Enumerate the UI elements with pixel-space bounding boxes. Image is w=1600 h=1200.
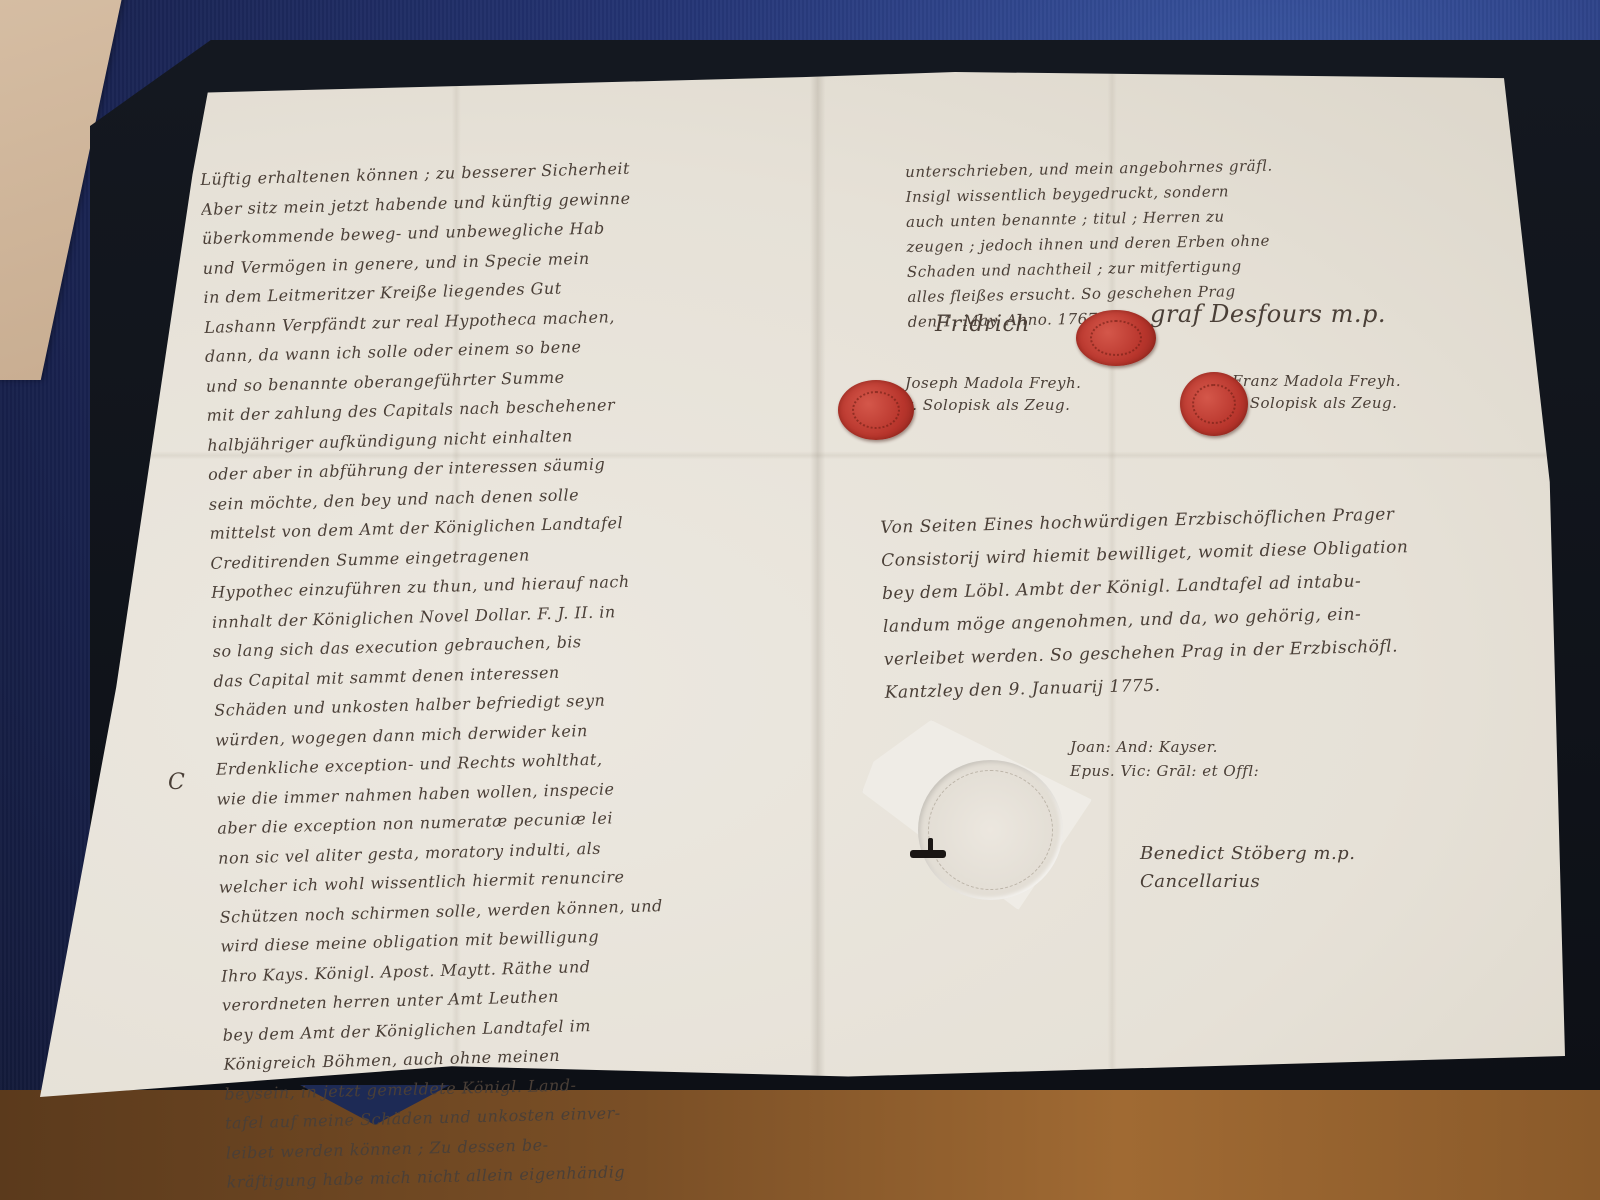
official-title: Cancellarius <box>1140 868 1355 896</box>
signature-last-name: graf Desfours <box>1150 300 1323 328</box>
red-wax-seal-icon <box>1076 310 1156 366</box>
left-column-text: Lüftig erhaltenen können ; zu besserer S… <box>200 149 837 1197</box>
signature-mark: m.p. <box>1331 300 1386 328</box>
witness-signature-joseph: Joseph Madola Freyh. v. Solopisk als Zeu… <box>905 372 1081 416</box>
official-title: Epus. Vic: Grāl: et Offl: <box>1070 759 1259 783</box>
margin-mark: C <box>168 770 185 795</box>
witness-title: v. Solopisk als Zeug. <box>1232 392 1401 414</box>
signature-graf-desfours: graf Desfours m.p. <box>1150 300 1386 328</box>
red-wax-seal-icon <box>838 380 914 440</box>
witness-name: Joseph Madola Freyh. <box>905 372 1081 394</box>
witness-name: Franz Madola Freyh. <box>1232 370 1401 392</box>
official-name: Joan: And: Kayser. <box>1070 735 1259 759</box>
official-name: Benedict Stöberg m.p. <box>1140 840 1355 868</box>
right-column-bottom-text: Von Seiten Eines hochwürdigen Erzbischöf… <box>880 494 1575 710</box>
embossed-paper-seal-icon <box>918 760 1063 900</box>
red-wax-seal-icon <box>1180 372 1248 436</box>
signature-kayser: Joan: And: Kayser. Epus. Vic: Grāl: et O… <box>1070 735 1259 783</box>
ink-mark <box>910 850 946 858</box>
witness-title: v. Solopisk als Zeug. <box>905 394 1081 416</box>
witness-signature-franz: Franz Madola Freyh. v. Solopisk als Zeug… <box>1232 370 1401 414</box>
signature-stoberg: Benedict Stöberg m.p. Cancellarius <box>1140 840 1355 896</box>
photo-scene: Lüftig erhaltenen können ; zu besserer S… <box>0 0 1600 1200</box>
signature-friedrich: Fridrich <box>935 312 1030 337</box>
